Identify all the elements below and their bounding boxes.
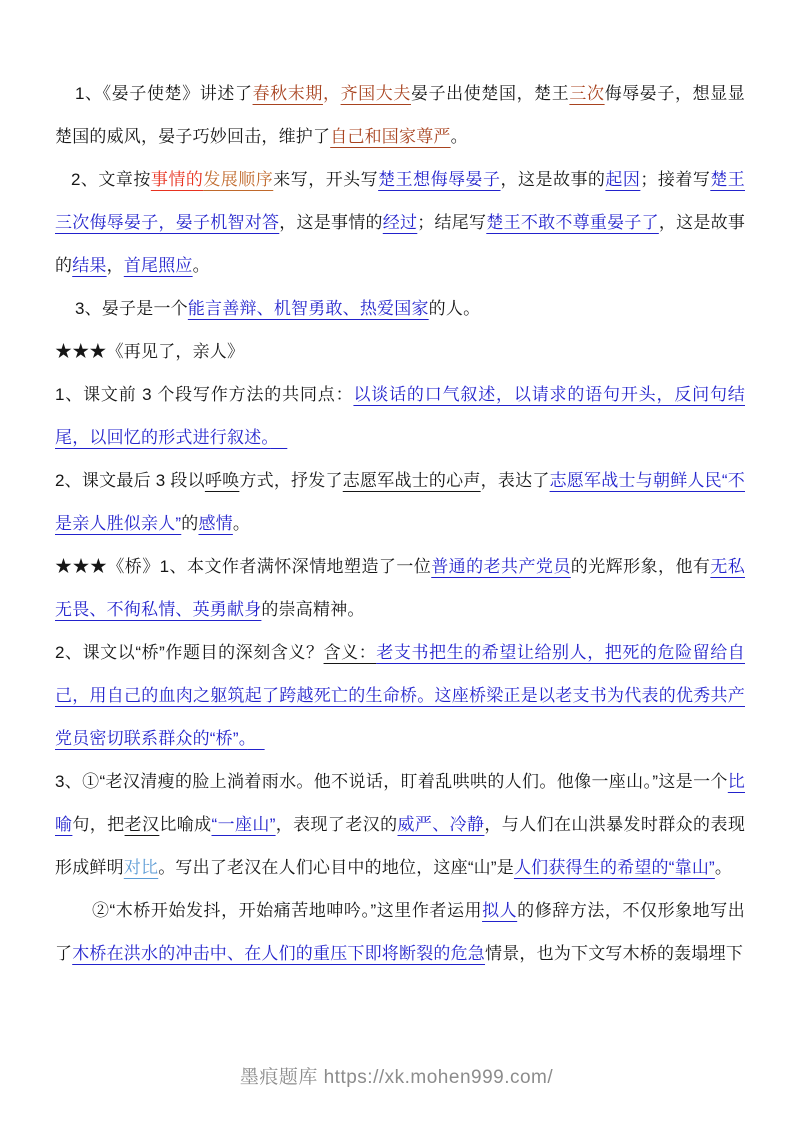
underlined-text-run: “一座山” — [212, 815, 276, 834]
paragraph: 2、课文以“桥”作题目的深刻含义？含义：老支书把生的希望让给别人，把死的危险留给… — [55, 631, 745, 760]
paragraph: 1、《晏子使楚》讲述了春秋末期，齐国大夫晏子出使楚国，楚王三次侮辱晏子，想显显楚… — [55, 72, 745, 158]
text-run: ， — [323, 84, 341, 103]
footer-watermark-text: 墨痕题库 https://xk.mohen999.com/ — [240, 1067, 553, 1088]
underlined-text-run: 普通的老共产党员 — [431, 557, 571, 576]
text-run: 2、文章按 — [71, 170, 151, 189]
text-run: 3、晏子是一个 — [75, 299, 188, 318]
text-run: ，这是故事的 — [501, 170, 606, 189]
text-run: ，这是事情的 — [279, 213, 383, 232]
text-run: 。写出了老汉在人们心目中的地位，这座“山”是 — [158, 858, 514, 877]
text-run: 比喻成 — [159, 815, 211, 834]
paragraph: ②“木桥开始发抖，开始痛苦地呻吟。”这里作者运用拟人的修辞方法，不仅形象地写出了… — [55, 889, 745, 975]
text-run: 的崇高精神。 — [261, 600, 364, 619]
text-run: 。 — [451, 127, 468, 146]
underlined-text-run: 老汉 — [125, 815, 160, 834]
underlined-text-run: 木桥在洪水的冲击中、在人们的重压下即将断裂的危急 — [72, 944, 485, 963]
text-run: ；结尾写 — [417, 213, 486, 232]
paragraph: 2、课文最后 3 段以呼唤方式，抒发了志愿军战士的心声，表达了志愿军战士与朝鲜人… — [55, 459, 745, 545]
underlined-text-run: 对比 — [124, 858, 158, 877]
text-run: 。 — [193, 256, 210, 275]
underlined-text-run: 首尾照应 — [124, 256, 193, 275]
notes-content: 1、《晏子使楚》讲述了春秋末期，齐国大夫晏子出使楚国，楚王三次侮辱晏子，想显显楚… — [55, 72, 745, 975]
underlined-text-run — [270, 428, 287, 447]
underlined-text-run — [247, 729, 264, 748]
text-run: 来写，开头写 — [273, 170, 378, 189]
text-run: ★★★《桥》1、本文作者满怀深情地塑造了一位 — [55, 557, 431, 576]
text-run: 1、课文前 3 个段写作方法的共同点： — [55, 385, 353, 404]
text-run: 句，把 — [72, 815, 124, 834]
underlined-text-run: 拟人 — [482, 901, 517, 920]
underlined-text-run: 楚王想侮辱晏子 — [378, 170, 500, 189]
underlined-text-run: 经过 — [383, 213, 418, 232]
underlined-text-run: 人们获得生的希望的“靠山” — [514, 858, 715, 877]
text-run: 的人。 — [429, 299, 481, 318]
underlined-text-run: 楚王不敢不尊重晏子了 — [486, 213, 659, 232]
underlined-text-run: 结果 — [72, 256, 106, 275]
underlined-text-run: 呼唤 — [205, 471, 239, 490]
paragraph: 1、课文前 3 个段写作方法的共同点：以谈话的口气叙述，以请求的语句开头，反问句… — [55, 373, 745, 459]
text-run: ，表现了老汉的 — [276, 815, 398, 834]
text-run: ；接着写 — [640, 170, 710, 189]
text-run: 的 — [181, 514, 198, 533]
underlined-text-run: 含义： — [324, 643, 377, 662]
underlined-text-run: 事情的 — [151, 170, 203, 189]
underlined-text-run: 感情 — [198, 514, 232, 533]
text-run: 晏子出使楚国，楚王 — [411, 84, 569, 103]
document-page: 1、《晏子使楚》讲述了春秋末期，齐国大夫晏子出使楚国，楚王三次侮辱晏子，想显显楚… — [0, 0, 793, 1122]
text-run: 情景，也为下文写木桥的轰塌埋下 — [485, 944, 743, 963]
text-run: ②“木桥开始发抖，开始痛苦地呻吟。”这里作者运用 — [92, 901, 482, 920]
underlined-text-run: 三次 — [569, 84, 604, 103]
underlined-text-run: 志愿军战士的心声 — [343, 471, 481, 490]
underlined-text-run: 春秋末期 — [253, 84, 323, 103]
underlined-text-run: 能言善辩、机智勇敢、热爱国家 — [188, 299, 429, 318]
text-run: 。 — [233, 514, 250, 533]
underlined-text-run: 起因 — [605, 170, 640, 189]
text-run: 方式，抒发了 — [239, 471, 342, 490]
underlined-text-run: 威严、冷静 — [397, 815, 484, 834]
text-run: 的光辉形象，他有 — [571, 557, 711, 576]
text-run: 。 — [715, 858, 732, 877]
underlined-text-run: 自己和国家尊严 — [330, 127, 450, 146]
text-run: ， — [107, 256, 124, 275]
text-run: 2、课文以“桥”作题目的深刻含义？ — [55, 643, 324, 662]
text-run: 3、①“老汉清瘦的脸上淌着雨水。他不说话，盯着乱哄哄的人们。他像一座山。”这是一… — [55, 772, 728, 791]
text-run: ★★★《再见了，亲人》 — [55, 342, 244, 361]
paragraph: ★★★《桥》1、本文作者满怀深情地塑造了一位普通的老共产党员的光辉形象，他有无私… — [55, 545, 745, 631]
paragraph: 2、文章按事情的发展顺序来写，开头写楚王想侮辱晏子，这是故事的起因；接着写楚王三… — [55, 158, 745, 287]
footer: 墨痕题库 https://xk.mohen999.com/ — [0, 1062, 793, 1089]
text-run: 2、课文最后 3 段以 — [55, 471, 205, 490]
underlined-text-run: 发展顺序 — [203, 170, 273, 189]
underlined-text-run: 齐国大夫 — [341, 84, 411, 103]
paragraph: 3、晏子是一个能言善辩、机智勇敢、热爱国家的人。 — [55, 287, 745, 330]
paragraph: ★★★《再见了，亲人》 — [55, 330, 745, 373]
text-run: 1、《晏子使楚》讲述了 — [75, 84, 253, 103]
paragraph: 3、①“老汉清瘦的脸上淌着雨水。他不说话，盯着乱哄哄的人们。他像一座山。”这是一… — [55, 760, 745, 889]
text-run: ，表达了 — [481, 471, 550, 490]
